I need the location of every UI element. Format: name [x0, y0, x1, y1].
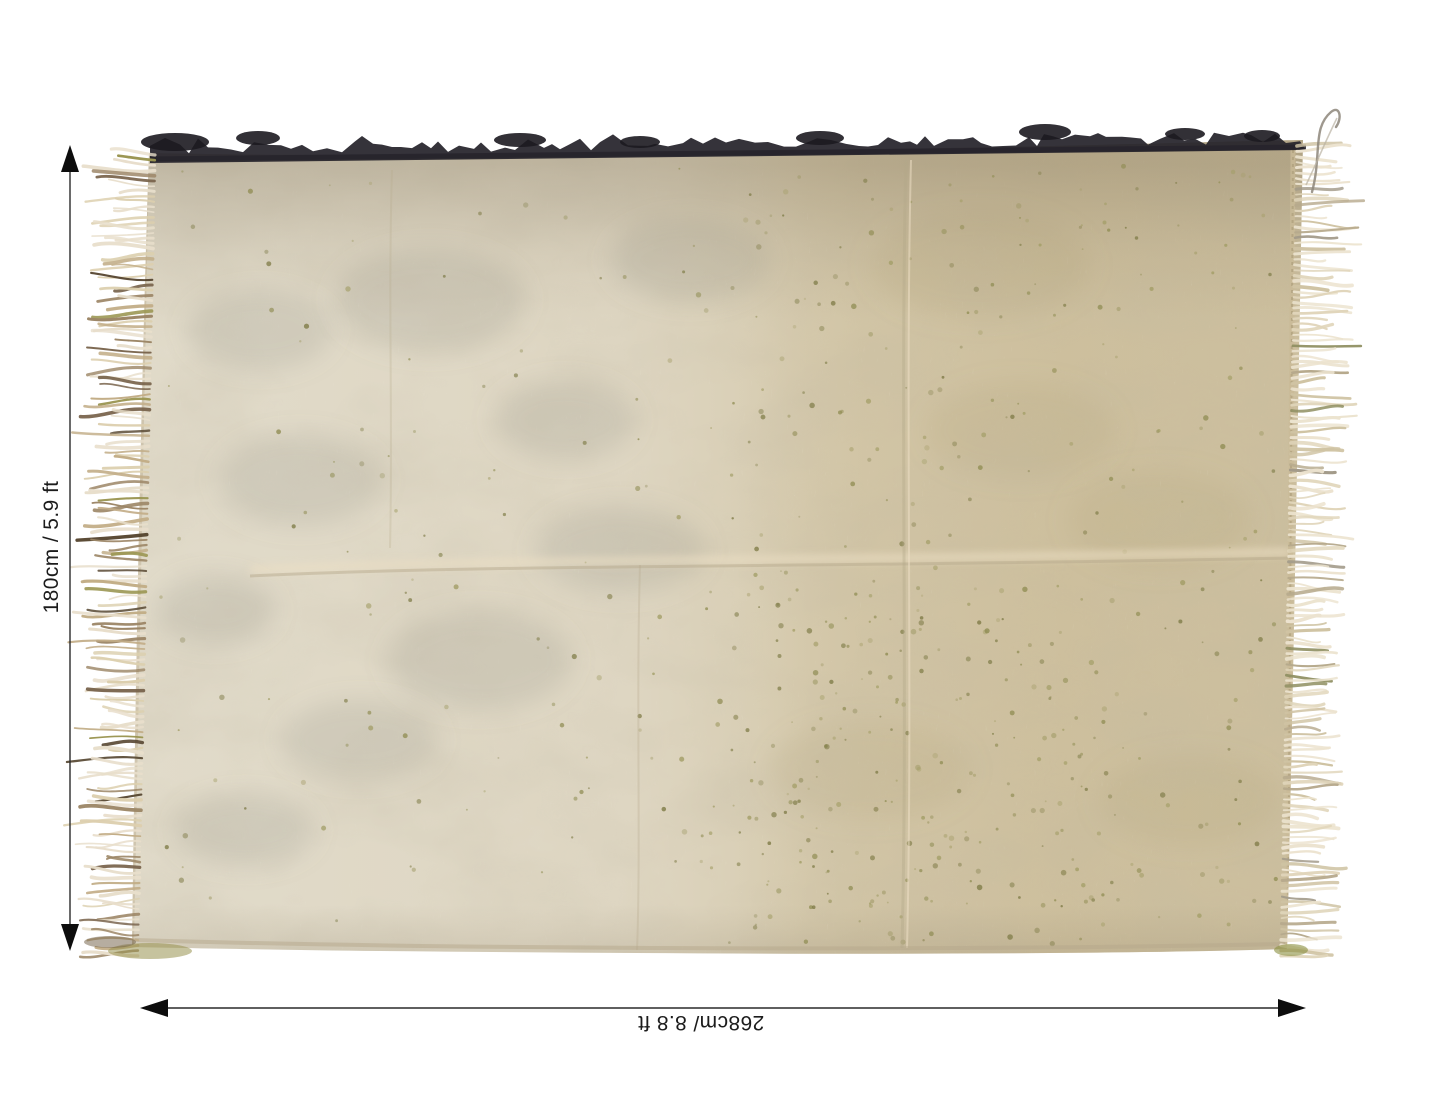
rug-photo-scene [0, 0, 1445, 1098]
arrowhead-left-icon [140, 999, 168, 1017]
arrowhead-down-icon [61, 924, 79, 951]
rug-fringe-right [1281, 143, 1364, 956]
rug-edge-shading [132, 140, 1303, 954]
product-image: 180cm / 5.9 ft 268cm/ 8.8 ft [0, 0, 1445, 1098]
rug-photo [64, 110, 1363, 960]
height-dimension-label: 180cm / 5.9 ft [40, 481, 64, 614]
arrowhead-right-icon [1278, 999, 1306, 1017]
arrowhead-up-icon [61, 145, 79, 172]
width-dimension-label: 268cm/ 8.8 ft [638, 1010, 765, 1034]
